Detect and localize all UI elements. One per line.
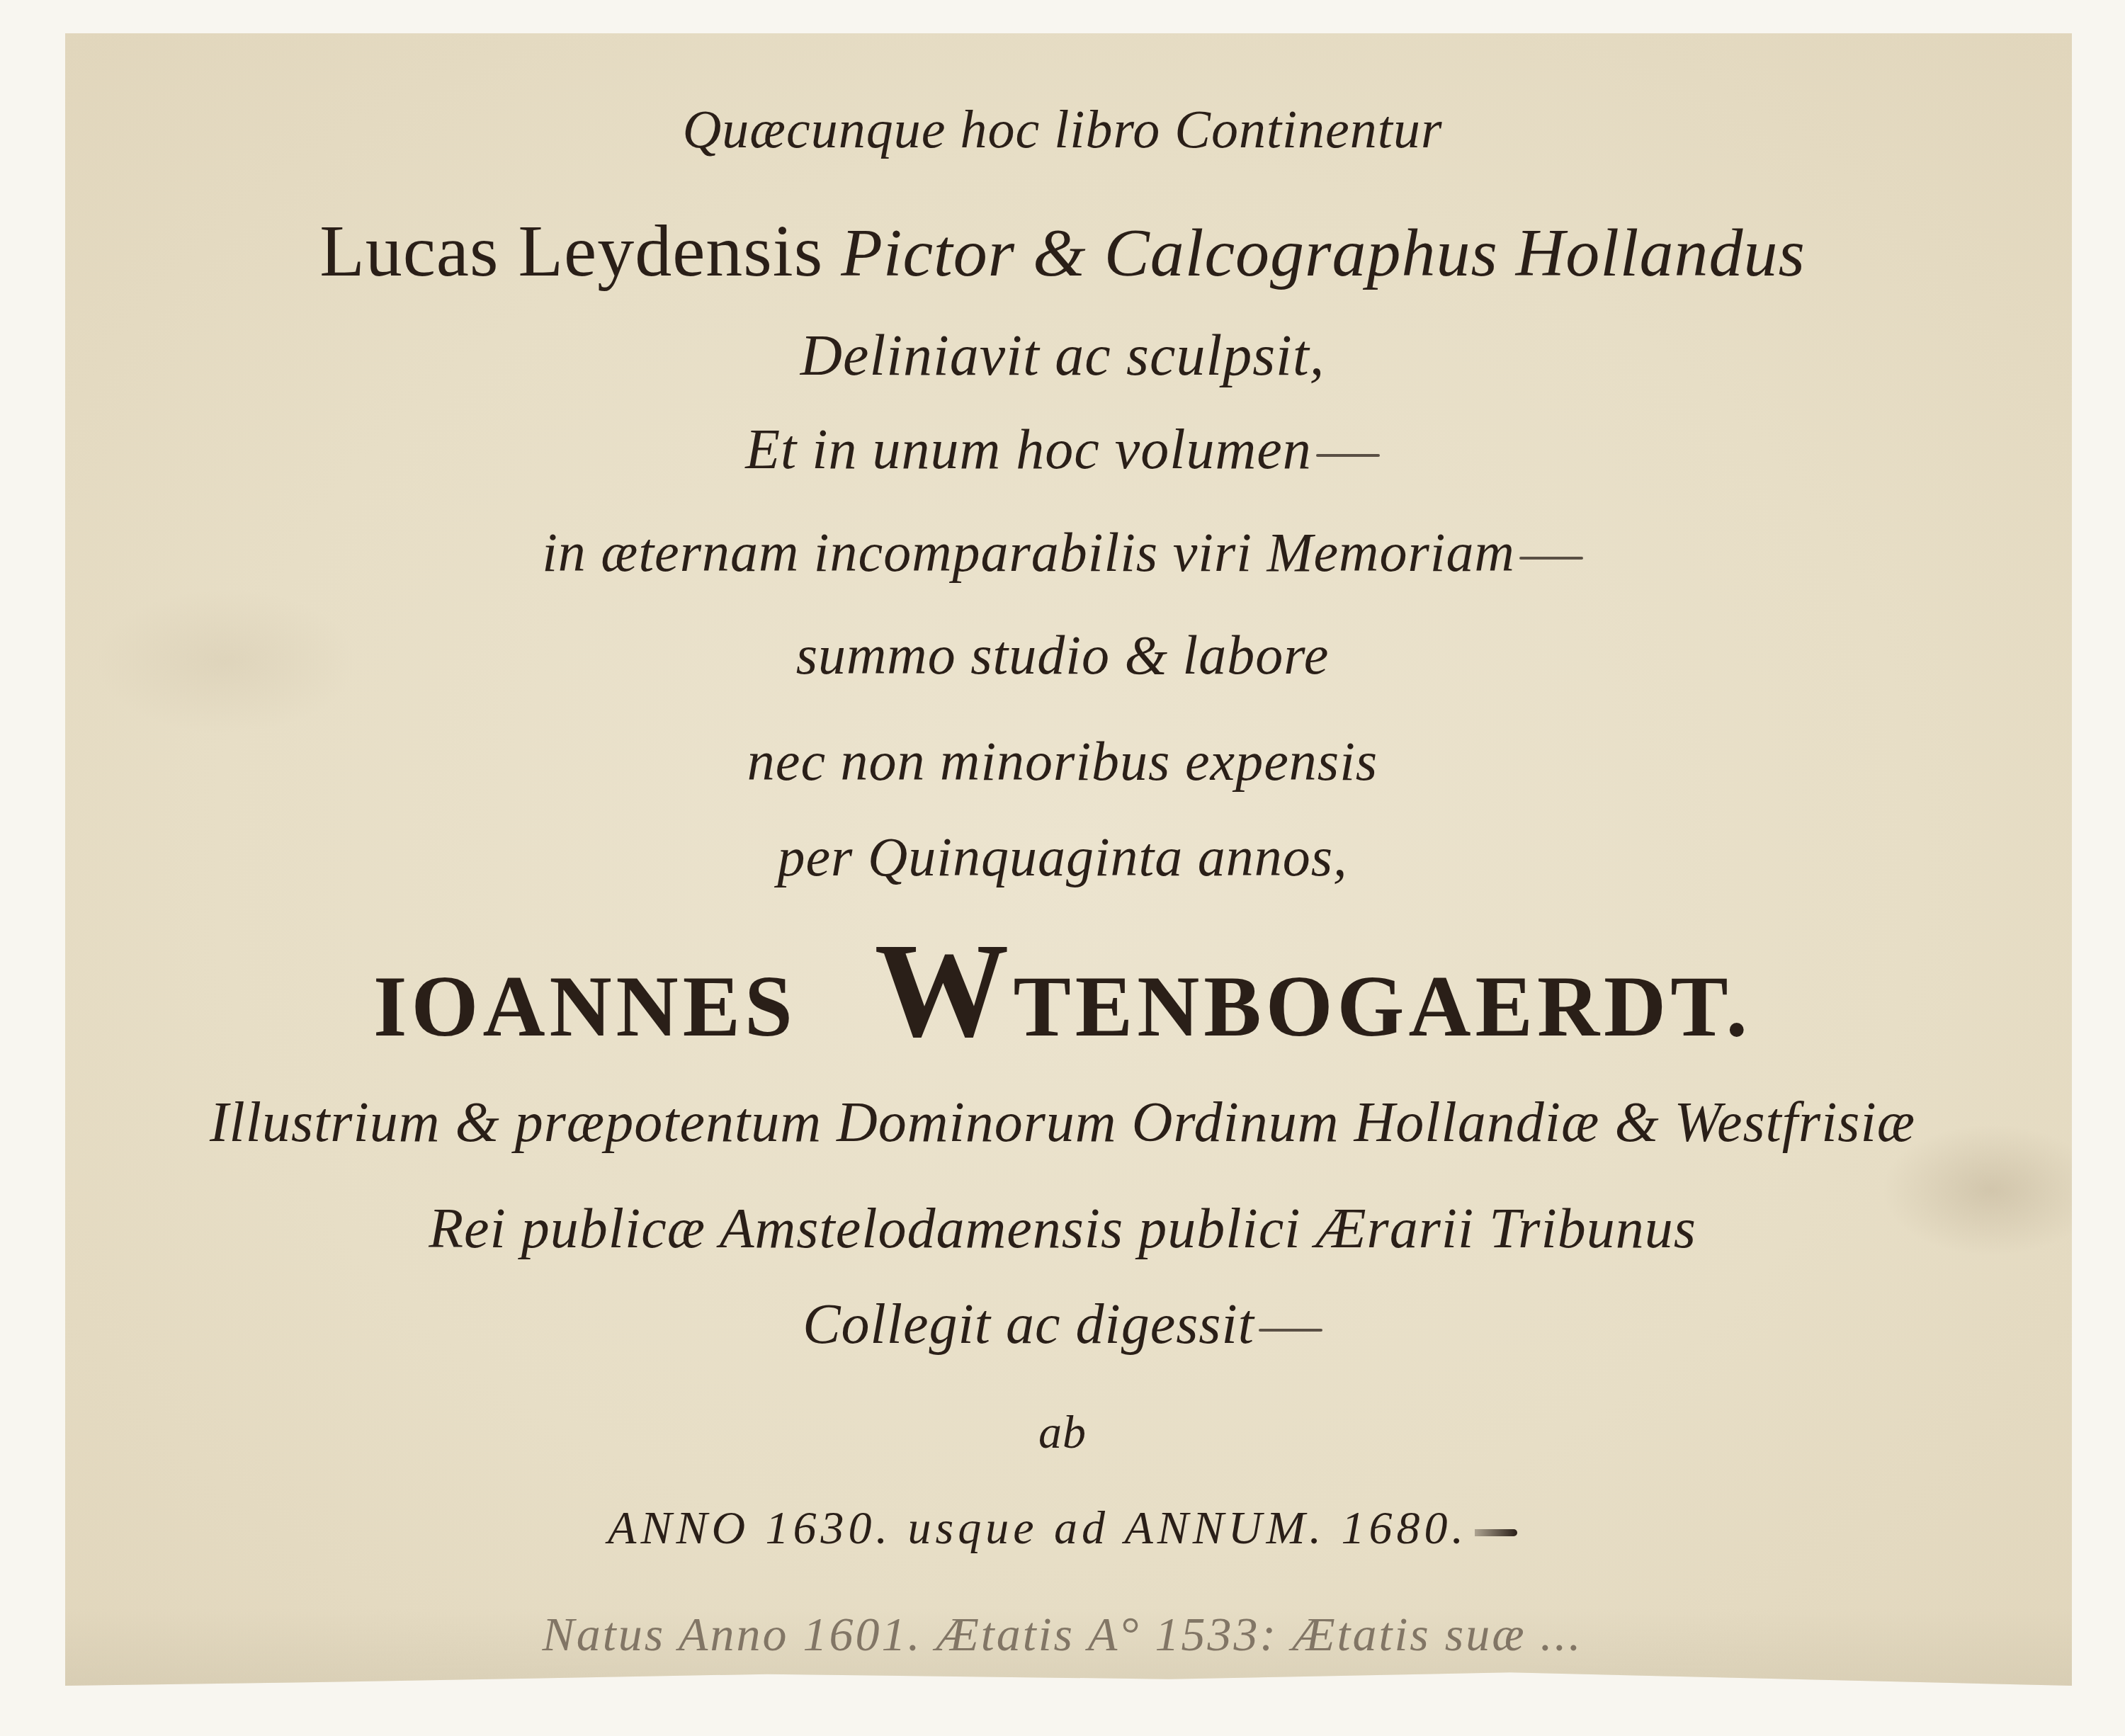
- volume-text: Et in unum hoc volumen: [745, 419, 1312, 481]
- text-line-3: Deliniavit ac sculpsit,: [0, 322, 2125, 389]
- text-line-11: Rei publicæ Amstelodamensis publici Ærar…: [0, 1197, 2125, 1261]
- annos-text: per Quinquaginta annos,: [777, 826, 1347, 887]
- collector-initial-w: W: [874, 917, 1013, 1065]
- expensis-text: nec non minoribus expensis: [747, 730, 1378, 792]
- text-line-7: nec non minoribus expensis: [0, 730, 2125, 793]
- text-line-6: summo studio & labore: [0, 623, 2125, 687]
- text-line-5: in æternam incomparabilis viri Memoriam: [0, 521, 2125, 584]
- flourish-icon: [1316, 454, 1380, 457]
- memoriam-text: in æternam incomparabilis viri Memoriam: [542, 521, 1515, 583]
- text-line-4: Et in unum hoc volumen: [0, 418, 2125, 482]
- text-line-10: Illustrium & præpotentum Dominorum Ordin…: [0, 1091, 2125, 1155]
- natus-text: Natus Anno 1601. Ætatis A° 1533: Ætatis …: [542, 1607, 1582, 1661]
- collector-initial-i: I: [373, 959, 411, 1055]
- deliniavit-text: Deliniavit ac sculpsit,: [800, 323, 1325, 387]
- tribunus-text: Rei publicæ Amstelodamensis publici Ærar…: [429, 1198, 1696, 1260]
- flourish-icon: [1259, 1329, 1322, 1332]
- studio-text: summo studio & labore: [796, 624, 1330, 686]
- ordinum-text: Illustrium & præpotentum Dominorum Ordin…: [210, 1091, 1915, 1154]
- artist-name: Lucas Leydensis: [319, 210, 823, 292]
- end-flourish-icon: [1475, 1529, 1517, 1536]
- collector-first-name: OANNES: [412, 959, 797, 1055]
- collector-name: IOANNES WTENBOGAERDT.: [0, 914, 2125, 1068]
- artist-line: Lucas Leydensis Pictor & Calcographus Ho…: [0, 209, 2125, 293]
- collegit-text: Collegit ac digessit: [803, 1293, 1254, 1356]
- artist-title: Pictor & Calcographus Hollandus: [841, 215, 1806, 290]
- text-line-12: Collegit ac digessit: [0, 1293, 2125, 1357]
- ab-text: ab: [1038, 1407, 1087, 1458]
- heading-line-1: Quæcunque hoc libro Continentur: [0, 99, 2125, 161]
- date-range-text: ANNO 1630. usque ad ANNUM. 1680.: [608, 1502, 1468, 1554]
- faded-footer-line: Natus Anno 1601. Ætatis A° 1533: Ætatis …: [0, 1606, 2125, 1662]
- flourish-icon: [1519, 557, 1583, 560]
- collector-last-name: TENBOGAERDT.: [1013, 959, 1752, 1055]
- text-line-8: per Quinquaginta annos,: [0, 825, 2125, 889]
- date-range-line: ANNO 1630. usque ad ANNUM. 1680.: [0, 1502, 2125, 1555]
- heading-text: Quæcunque hoc libro Continentur: [682, 100, 1442, 159]
- text-line-13: ab: [0, 1406, 2125, 1460]
